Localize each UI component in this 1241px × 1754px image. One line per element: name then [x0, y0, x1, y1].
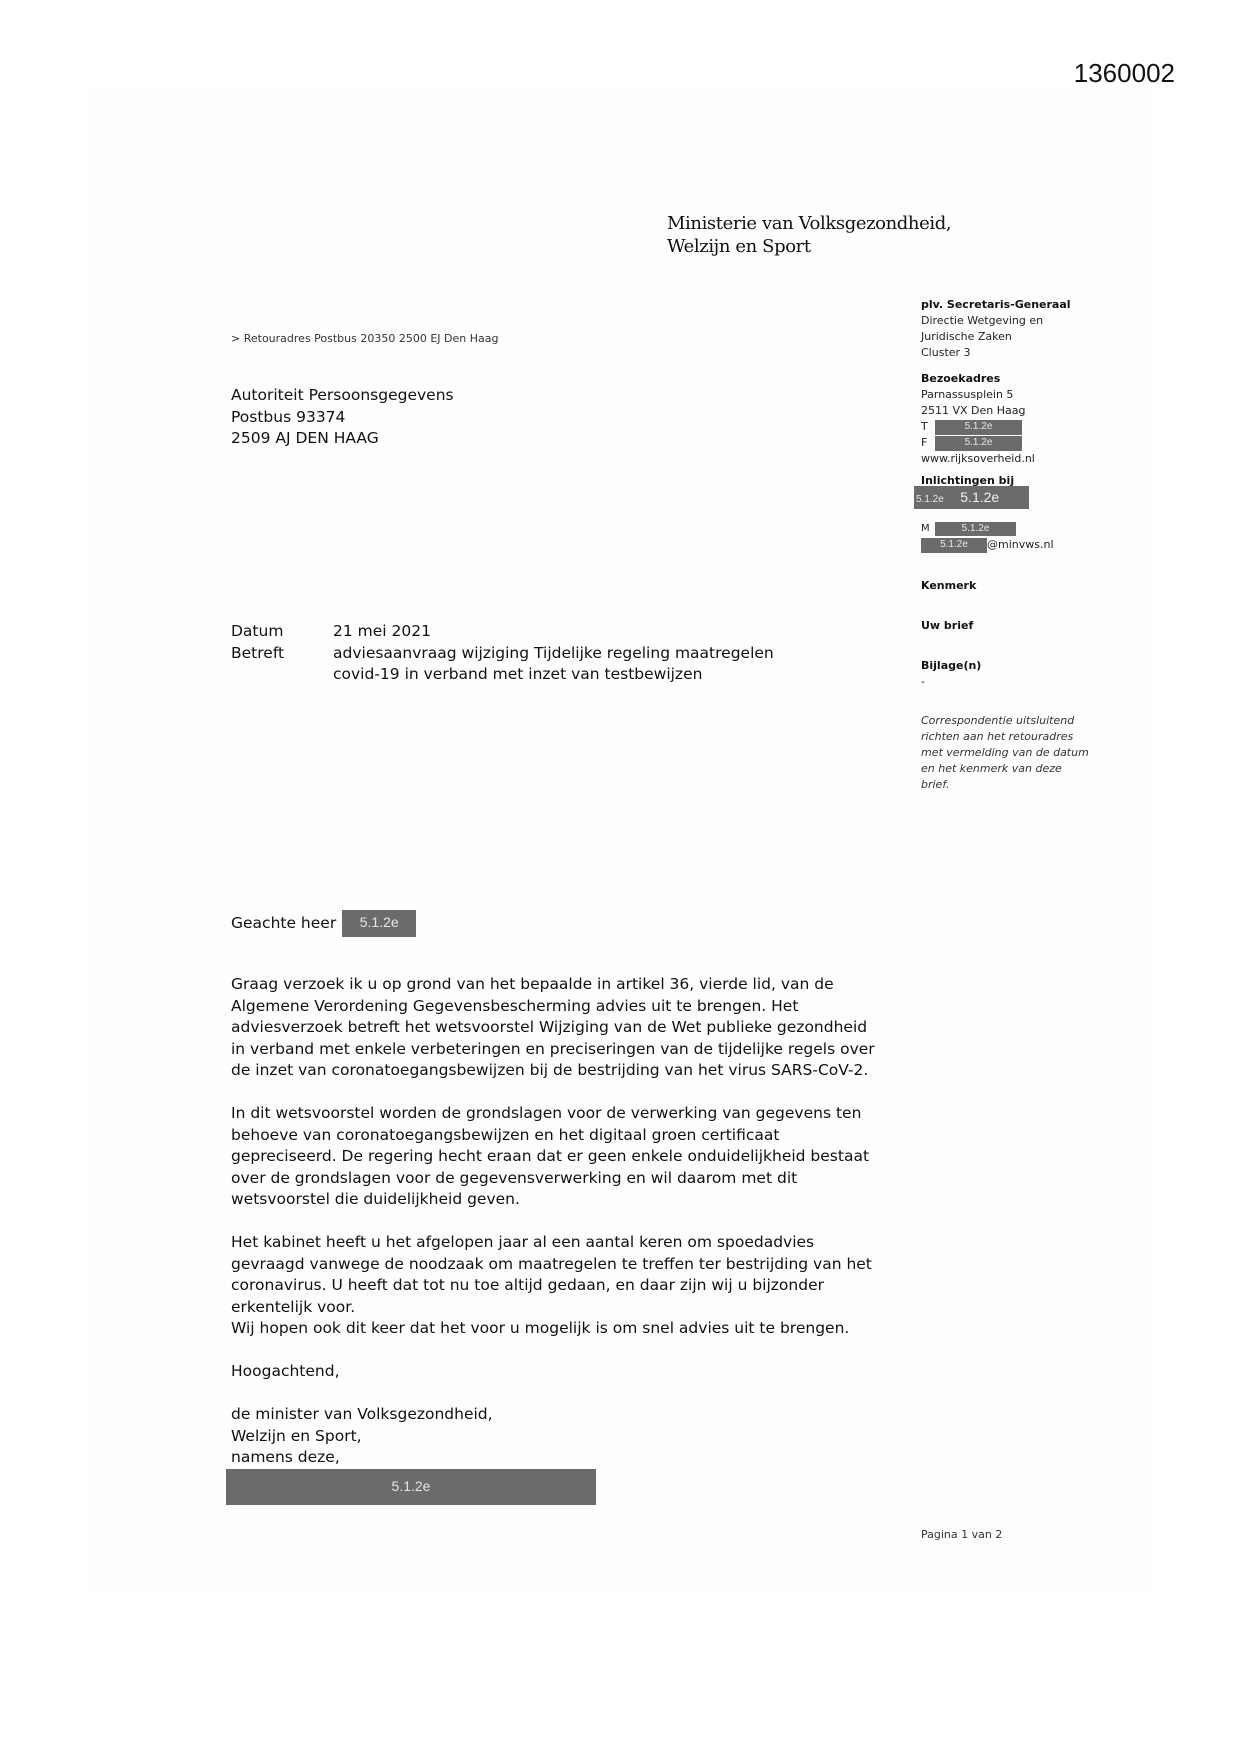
- email-row: 5.1.2e @minvws.nl: [921, 537, 1054, 553]
- redacted-mobile: 5.1.2e: [935, 522, 1016, 536]
- paragraph-1: Graag verzoek ik u op grond van het bepa…: [231, 974, 911, 1082]
- department-line: Directie Wetgeving en: [921, 313, 1071, 329]
- date-value: 21 mei 2021: [333, 621, 431, 643]
- sidebar-department: plv. Secretaris-Generaal Directie Wetgev…: [921, 297, 1071, 361]
- paragraph-3: Het kabinet heeft u het afgelopen jaar a…: [231, 1232, 911, 1340]
- website-link[interactable]: www.rijksoverheid.nl: [921, 451, 1035, 467]
- signature-line: namens deze,: [231, 1447, 911, 1469]
- your-letter-field: Uw brief: [921, 618, 973, 634]
- text-line: coronavirus. U heeft dat tot nu toe alti…: [231, 1275, 911, 1297]
- department-line: Juridische Zaken: [921, 329, 1071, 345]
- redacted-signature: 5.1.2e: [226, 1469, 596, 1505]
- mobile-row: M 5.1.2e: [921, 521, 1016, 537]
- redacted-initials: 5.1.2e: [916, 494, 944, 505]
- email-domain: @minvws.nl: [987, 537, 1054, 553]
- department-line: Cluster 3: [921, 345, 1071, 361]
- subject-line: adviesaanvraag wijziging Tijdelijke rege…: [333, 643, 774, 665]
- redacted-signer: 5.1.2e: [226, 1469, 596, 1505]
- date-label: Datum: [231, 621, 333, 643]
- text-line: behoeve van coronatoegangsbewijzen en he…: [231, 1125, 911, 1147]
- subject-value: adviesaanvraag wijziging Tijdelijke rege…: [333, 643, 774, 686]
- redacted-recipient-name: 5.1.2e: [342, 910, 416, 937]
- text-line: in verband met enkele verbeteringen en p…: [231, 1039, 911, 1061]
- redacted-email-user: 5.1.2e: [921, 538, 987, 553]
- subject-line: covid-19 in verband met inzet van testbe…: [333, 664, 774, 686]
- sidebar-visit-address: Bezoekadres Parnassusplein 5 2511 VX Den…: [921, 371, 1035, 467]
- attachments-value: -: [921, 674, 981, 690]
- correspondence-note: Correspondentie uitsluitend richten aan …: [921, 713, 1089, 793]
- recipient-line: 2509 AJ DEN HAAG: [231, 428, 454, 450]
- page-number: Pagina 1 van 2: [921, 1528, 1002, 1541]
- letterhead-line: Ministerie van Volksgezondheid,: [667, 212, 951, 235]
- letterhead-line: Welzijn en Sport: [667, 235, 951, 258]
- attachments-field: Bijlage(n) -: [921, 658, 981, 690]
- mobile-label: M: [921, 521, 935, 537]
- salutation: Geachte heer 5.1.2e: [231, 910, 911, 937]
- salutation-text: Geachte heer: [231, 913, 336, 935]
- ministry-letterhead: Ministerie van Volksgezondheid, Welzijn …: [667, 212, 951, 258]
- fax-label: F: [921, 435, 935, 451]
- department-title: plv. Secretaris-Generaal: [921, 298, 1071, 311]
- recipient-line: Autoriteit Persoonsgegevens: [231, 385, 454, 407]
- note-line: met vermelding van de datum: [921, 746, 1089, 759]
- return-address: > Retouradres Postbus 20350 2500 EJ Den …: [231, 332, 498, 345]
- text-line: over de grondslagen voor de gegevensverw…: [231, 1168, 911, 1190]
- signature-line: de minister van Volksgezondheid,: [231, 1404, 911, 1426]
- text-line: Het kabinet heeft u het afgelopen jaar a…: [231, 1232, 911, 1254]
- note-line: brief.: [921, 778, 950, 791]
- text-line: de inzet van coronatoegangsbewijzen bij …: [231, 1060, 911, 1082]
- note-line: richten aan het retouradres: [921, 730, 1073, 743]
- text-line: Wij hopen ook dit keer dat het voor u mo…: [231, 1318, 911, 1340]
- subject-label: Betreft: [231, 643, 333, 686]
- text-line: In dit wetsvoorstel worden de grondslage…: [231, 1103, 911, 1125]
- signature-block: de minister van Volksgezondheid, Welzijn…: [231, 1404, 911, 1469]
- text-line: Graag verzoek ik u op grond van het bepa…: [231, 974, 911, 996]
- attachments-label: Bijlage(n): [921, 659, 981, 672]
- phone-label: T: [921, 419, 935, 435]
- visit-address-line: Parnassusplein 5: [921, 387, 1035, 403]
- recipient-address: Autoriteit Persoonsgegevens Postbus 9337…: [231, 385, 454, 450]
- reference-label: Kenmerk: [921, 579, 976, 592]
- visit-address-label: Bezoekadres: [921, 372, 1000, 385]
- note-line: Correspondentie uitsluitend: [921, 714, 1074, 727]
- text-line: erkentelijk voor.: [231, 1297, 911, 1319]
- text-line: gevraagd vanwege de noodzaak om maatrege…: [231, 1254, 911, 1276]
- redacted-contact-name: 5.1.2e 5.1.2e: [914, 486, 1029, 509]
- paragraph-2: In dit wetsvoorstel worden de grondslage…: [231, 1103, 911, 1211]
- text-line: adviesverzoek betreft het wetsvoorstel W…: [231, 1017, 911, 1039]
- text-line: gepreciseerd. De regering hecht eraan da…: [231, 1146, 911, 1168]
- redacted-phone: 5.1.2e: [935, 420, 1022, 435]
- letter-meta: Datum 21 mei 2021 Betreft adviesaanvraag…: [231, 621, 774, 686]
- redacted-name: 5.1.2e: [960, 489, 999, 505]
- recipient-line: Postbus 93374: [231, 407, 454, 429]
- text-line: wetsvoorstel die duidelijkheid geven.: [231, 1189, 911, 1211]
- reference-field: Kenmerk: [921, 578, 976, 594]
- document-number: 1360002: [1074, 58, 1175, 89]
- redacted-fax: 5.1.2e: [935, 436, 1022, 451]
- your-letter-label: Uw brief: [921, 619, 973, 632]
- text-line: Algemene Verordening Gegevensbescherming…: [231, 996, 911, 1018]
- note-line: en het kenmerk van deze: [921, 762, 1062, 775]
- closing: Hoogachtend,: [231, 1361, 911, 1383]
- signature-line: Welzijn en Sport,: [231, 1426, 911, 1448]
- visit-address-line: 2511 VX Den Haag: [921, 403, 1035, 419]
